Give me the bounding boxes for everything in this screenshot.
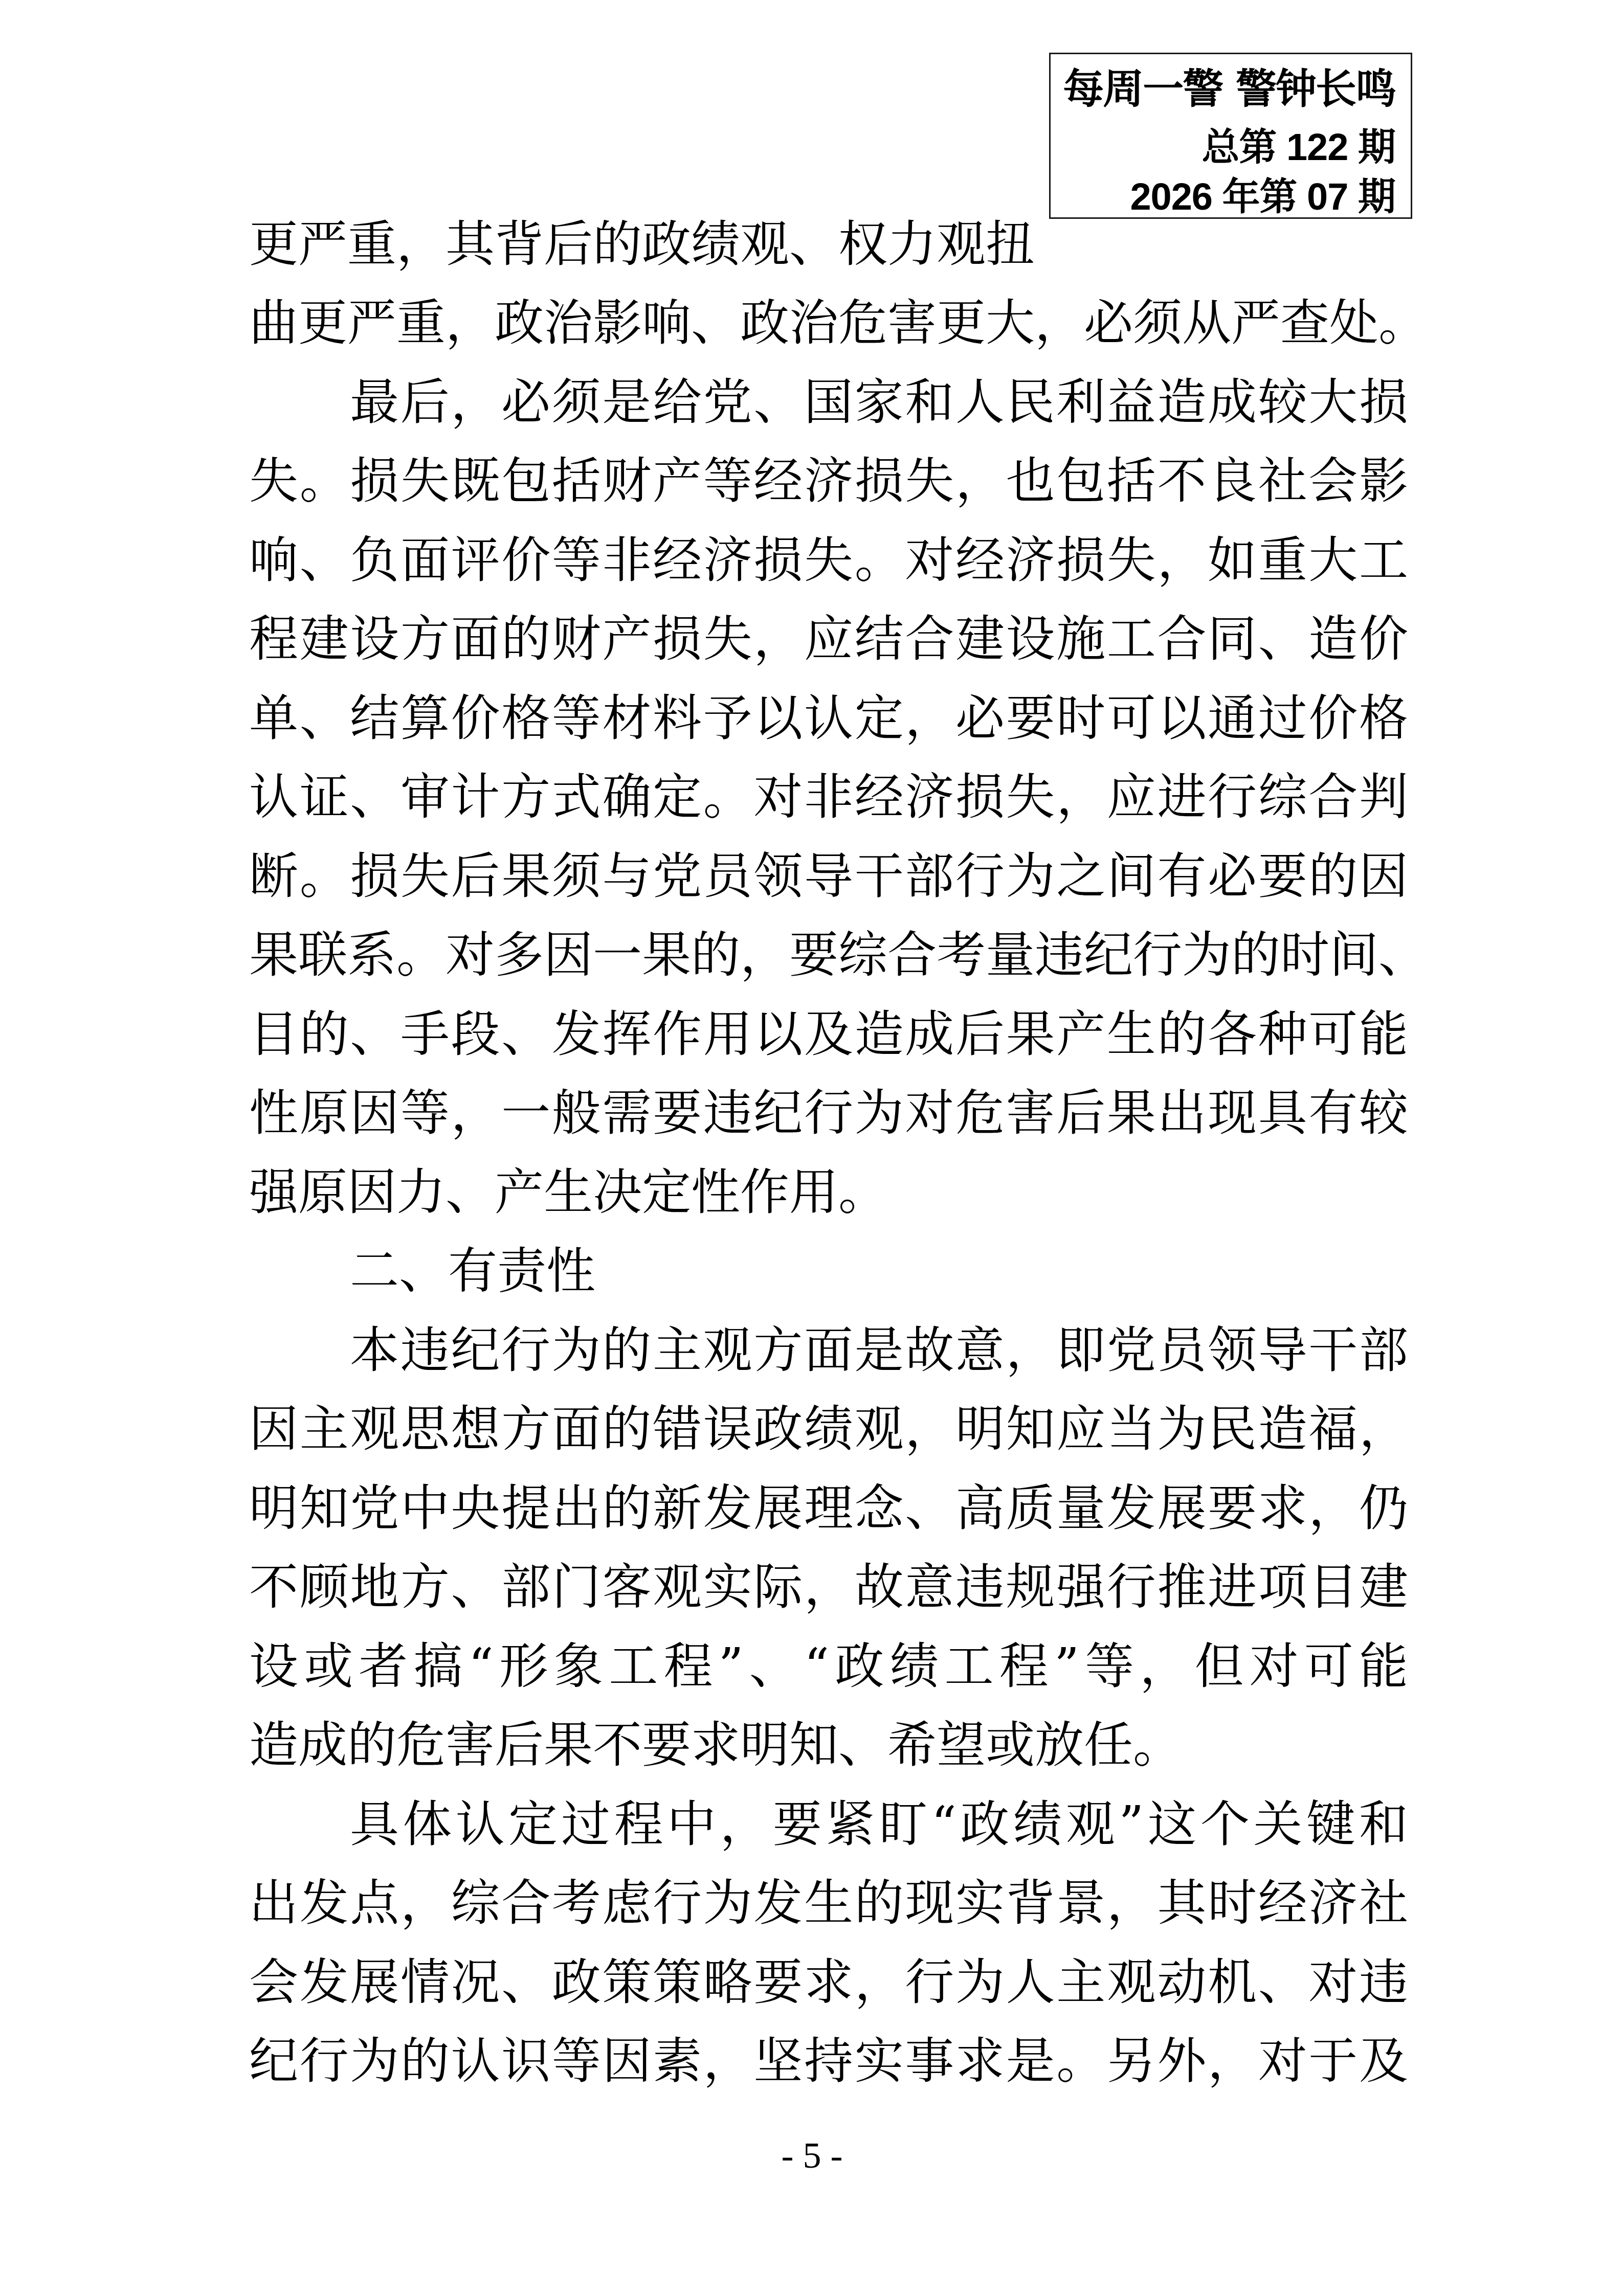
body-line-22: 出发点，综合考虑行为发生的现实背景，其时经济社 [249, 1870, 1408, 1936]
body-line-5: 响、负面评价等非经济损失。对经济损失，如重大工 [249, 527, 1408, 593]
body-line-18: 不顾地方、部门客观实际，故意违规强行推进项目建 [249, 1554, 1408, 1620]
paragraph-start-line: 最后，必须是给党、国家和人民利益造成较大损 [249, 369, 1408, 435]
paragraph-start-line: 具体认定过程中，要紧盯“政绩观”这个关键和 [249, 1791, 1408, 1857]
document-page: 每周一警 警钟长鸣 总第 122 期 2026 年第 07 期 更严重，其背后的… [0, 0, 1624, 2296]
paragraph-start-line: 本违纪行为的主观方面是故意，即党员领导干部 [249, 1317, 1408, 1383]
body-line-23: 会发展情况、政策策略要求，行为人主观动机、对违 [249, 1949, 1408, 2015]
body-line-4: 失。损失既包括财产等经济损失，也包括不良社会影 [249, 447, 1408, 514]
body-line-24: 纪行为的认识等因素，坚持实事求是。另外，对于及 [249, 2028, 1408, 2094]
body-line-12: 性原因等，一般需要违纪行为对危害后果出现具有较 [249, 1079, 1408, 1146]
publication-title: 每周一警 警钟长鸣 [1063, 65, 1395, 111]
year-issue-number: 2026 年第 07 期 [1130, 175, 1395, 218]
page-number: - 5 - [0, 2130, 1624, 2181]
issue-header-box: 每周一警 警钟长鸣 总第 122 期 2026 年第 07 期 [1049, 53, 1412, 219]
body-line-11: 目的、手段、发挥作用以及造成后果产生的各种可能 [249, 1001, 1408, 1067]
body-line-6: 程建设方面的财产损失，应结合建设施工合同、造价 [249, 605, 1408, 672]
body-line-8: 认证、审计方式确定。对非经济损失，应进行综合判 [249, 763, 1408, 830]
body-line-13: 强原因力、产生决定性作用。 [249, 1159, 887, 1225]
body-line-20: 造成的危害后果不要求明知、希望或放任。 [249, 1712, 1182, 1778]
body-line-1: 更严重，其背后的政绩观、权力观扭 [249, 211, 1035, 277]
section-heading: 二、有责性 [350, 1237, 595, 1304]
body-line-17: 明知党中央提出的新发展理念、高质量发展要求，仍 [249, 1475, 1408, 1541]
body-line-9: 断。损失后果须与党员领导干部行为之间有必要的因 [249, 843, 1408, 909]
body-line-7: 单、结算价格等材料予以认定，必要时可以通过价格 [249, 685, 1408, 751]
body-line-16: 因主观思想方面的错误政绩观，明知应当为民造福， [249, 1395, 1408, 1462]
body-line-2: 曲更严重，政治影响、政治危害更大，必须从严查处。 [249, 289, 1408, 356]
body-line-10: 果联系。对多因一果的，要综合考量违纪行为的时间、 [249, 921, 1408, 988]
body-line-19: 设或者搞“形象工程”、“政绩工程”等，但对可能 [249, 1633, 1408, 1699]
total-issue-number: 总第 122 期 [1202, 126, 1395, 169]
